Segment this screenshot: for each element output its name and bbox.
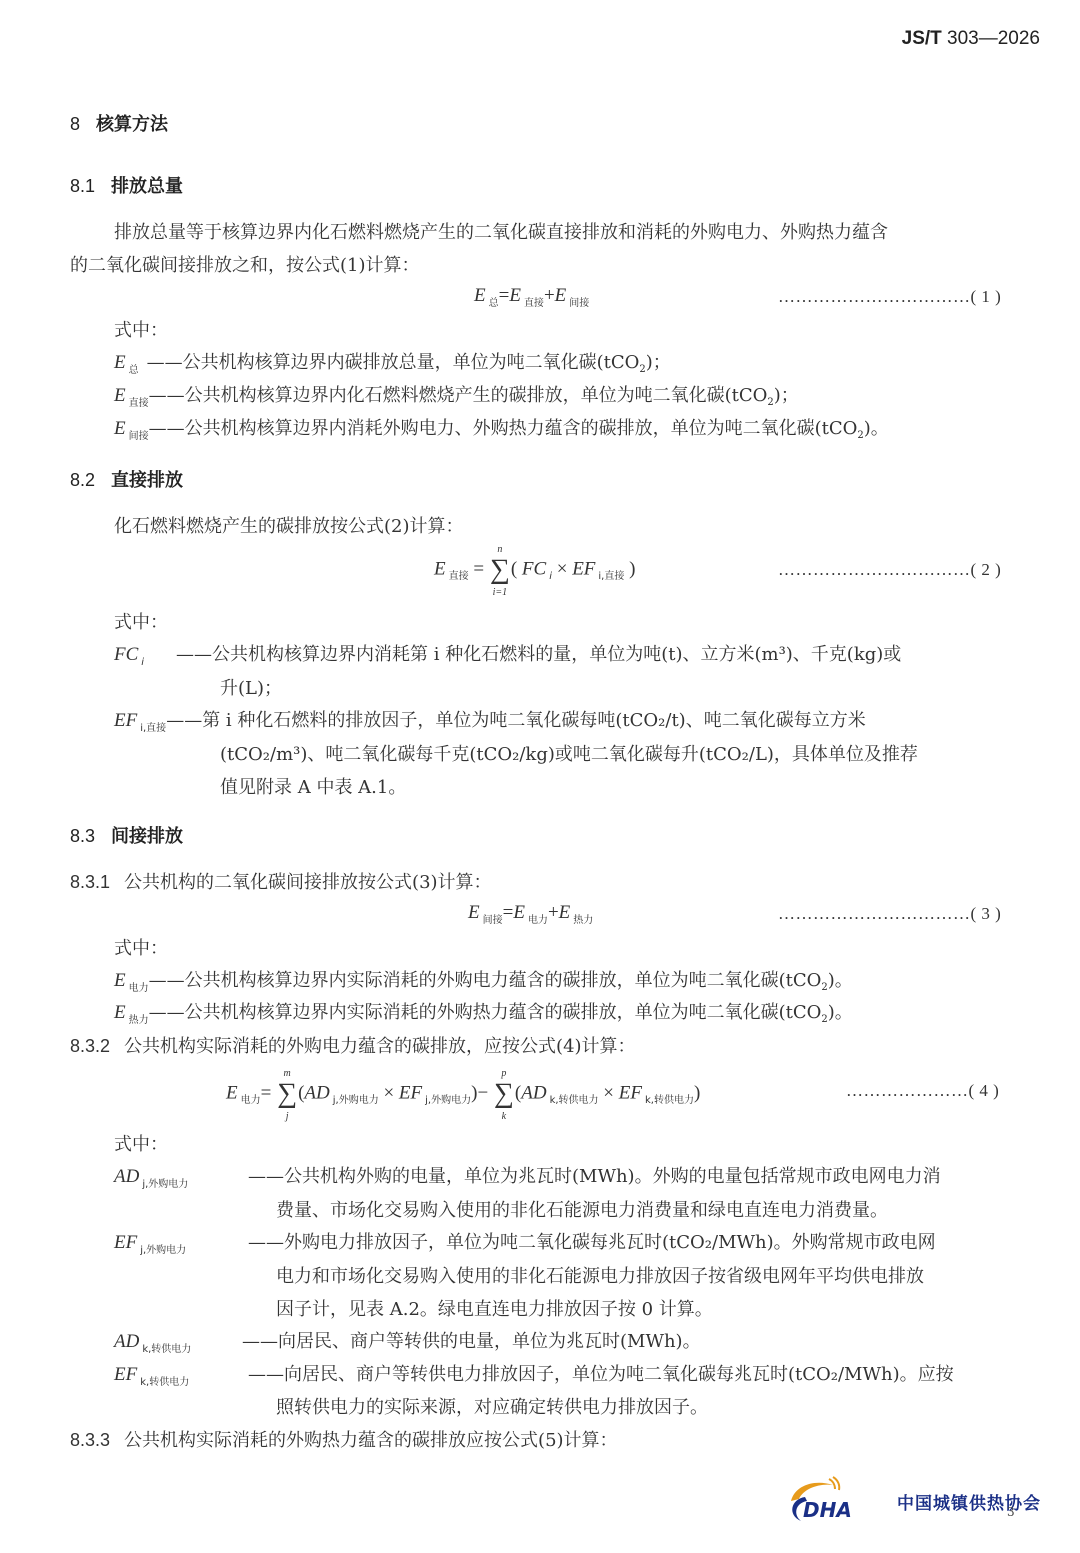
definition-ad-transferred: ADk,转供电力——向居民、商户等转供的电量，单位为兆瓦时(MWh)。 [114, 1327, 701, 1353]
definition-ef-direct: EFi,直接——第 i 种化石燃料的排放因子，单位为吨二氧化碳每吨(tCO₂/t… [114, 706, 866, 732]
paragraph-8-1-line1: 排放总量等于核算边界内化石燃料燃烧产生的二氧化碳直接排放和消耗的外购电力、外购热… [114, 216, 888, 249]
paragraph-8-1-line2: 的二氧化碳间接排放之和，按公式(1)计算： [70, 249, 420, 282]
sum-symbol-2: p∑k [493, 1080, 515, 1108]
section-heading-8: 8核算方法 [70, 110, 168, 136]
definition-ef-direct-line2: (tCO₂/m³)、吨二氧化碳每千克(tCO₂/kg)或吨二氧化碳每升(tCO₂… [220, 738, 918, 771]
section-heading-8-1: 8.1排放总量 [70, 172, 183, 198]
paragraph-8-2: 化石燃料燃烧产生的碳排放按公式(2)计算： [114, 510, 464, 543]
where-label-8-3-2: 式中： [114, 1128, 168, 1161]
formula-4: E电力= m∑j(ADj,外购电力 × EFj,外购电力)− p∑k(ADk,转… [226, 1080, 700, 1108]
clause-8-3-3: 8.3.3公共机构实际消耗的外购热力蕴含的碳排放应按公式(5)计算： [70, 1424, 618, 1457]
definition-ef-transferred-line2: 照转供电力的实际来源，对应确定转供电力排放因子。 [276, 1391, 708, 1424]
sum-symbol-1: m∑j [276, 1080, 298, 1108]
definition-ad-purchased: ADj,外购电力——公共机构外购的电量，单位为兆瓦时(MWh)。外购的电量包括常… [114, 1162, 941, 1188]
definition-ef-direct-line3: 值见附录 A 中表 A.1。 [220, 771, 406, 804]
formula-4-number: …………………( 4 ) [846, 1081, 999, 1101]
formula-3-number: ……………………………( 3 ) [778, 904, 1001, 924]
definition-e-indirect: E间接——公共机构核算边界内消耗外购电力、外购热力蕴含的碳排放，单位为吨二氧化碳… [114, 414, 889, 441]
definition-fc: FCi——公共机构核算边界内消耗第 i 种化石燃料的量，单位为吨(t)、立方米(… [114, 640, 901, 666]
definition-e-total: E总——公共机构核算边界内碳排放总量，单位为吨二氧化碳(tCO2)； [114, 348, 671, 375]
standard-code: JS/T 303—2026 [902, 28, 1040, 50]
definition-e-electricity: E电力——公共机构核算边界内实际消耗的外购电力蕴含的碳排放，单位为吨二氧化碳(t… [114, 966, 853, 993]
standard-number: 303—2026 [947, 28, 1040, 49]
formula-2-number: ……………………………( 2 ) [778, 560, 1001, 580]
where-label-8-1: 式中： [114, 314, 168, 347]
formula-1-number: ……………………………( 1 ) [778, 287, 1001, 307]
formula-1: E总=E直接+E间接 [474, 285, 589, 307]
formula-2: E直接 = n∑i=1( FCi × EFi,直接 ) [434, 556, 635, 584]
definition-e-heat: E热力——公共机构核算边界内实际消耗的外购热力蕴含的碳排放，单位为吨二氧化碳(t… [114, 998, 853, 1025]
clause-8-3-1: 8.3.1公共机构的二氧化碳间接排放按公式(3)计算： [70, 866, 492, 899]
definition-fc-line2: 升(L)； [220, 672, 282, 705]
definition-ef-purchased: EFj,外购电力——外购电力排放因子，单位为吨二氧化碳每兆瓦时(tCO₂/MWh… [114, 1228, 936, 1254]
footer-logo: DHA 中国城镇供热协会 3 [785, 1475, 1055, 1525]
definition-e-direct: E直接——公共机构核算边界内化石燃料燃烧产生的碳排放，单位为吨二氧化碳(tCO2… [114, 381, 799, 408]
definition-ef-transferred: EFk,转供电力——向居民、商户等转供电力排放因子，单位为吨二氧化碳每兆瓦时(t… [114, 1360, 954, 1386]
formula-3: E间接=E电力+E热力 [468, 902, 593, 924]
section-heading-8-2: 8.2直接排放 [70, 466, 183, 492]
dha-logo-icon: DHA [785, 1475, 895, 1525]
definition-ef-purchased-line3: 因子计，见表 A.2。绿电直连电力排放因子按 0 计算。 [276, 1293, 713, 1326]
svg-text:DHA: DHA [803, 1498, 852, 1522]
where-label-8-2: 式中： [114, 606, 168, 639]
clause-8-3-2: 8.3.2公共机构实际消耗的外购电力蕴含的碳排放，应按公式(4)计算： [70, 1030, 636, 1063]
definition-ef-purchased-line2: 电力和市场化交易购入使用的非化石能源电力排放因子按省级电网年平均供电排放 [276, 1260, 924, 1293]
logo-text: 中国城镇供热协会 [897, 1489, 1041, 1514]
definition-ad-purchased-line2: 费量、市场化交易购入使用的非化石能源电力消费量和绿电直连电力消费量。 [276, 1194, 888, 1227]
where-label-8-3-1: 式中： [114, 932, 168, 965]
sum-symbol: n∑i=1 [489, 556, 511, 584]
section-heading-8-3: 8.3间接排放 [70, 822, 183, 848]
standard-prefix: JS/T [902, 28, 942, 49]
page-number: 3 [1007, 1505, 1015, 1519]
